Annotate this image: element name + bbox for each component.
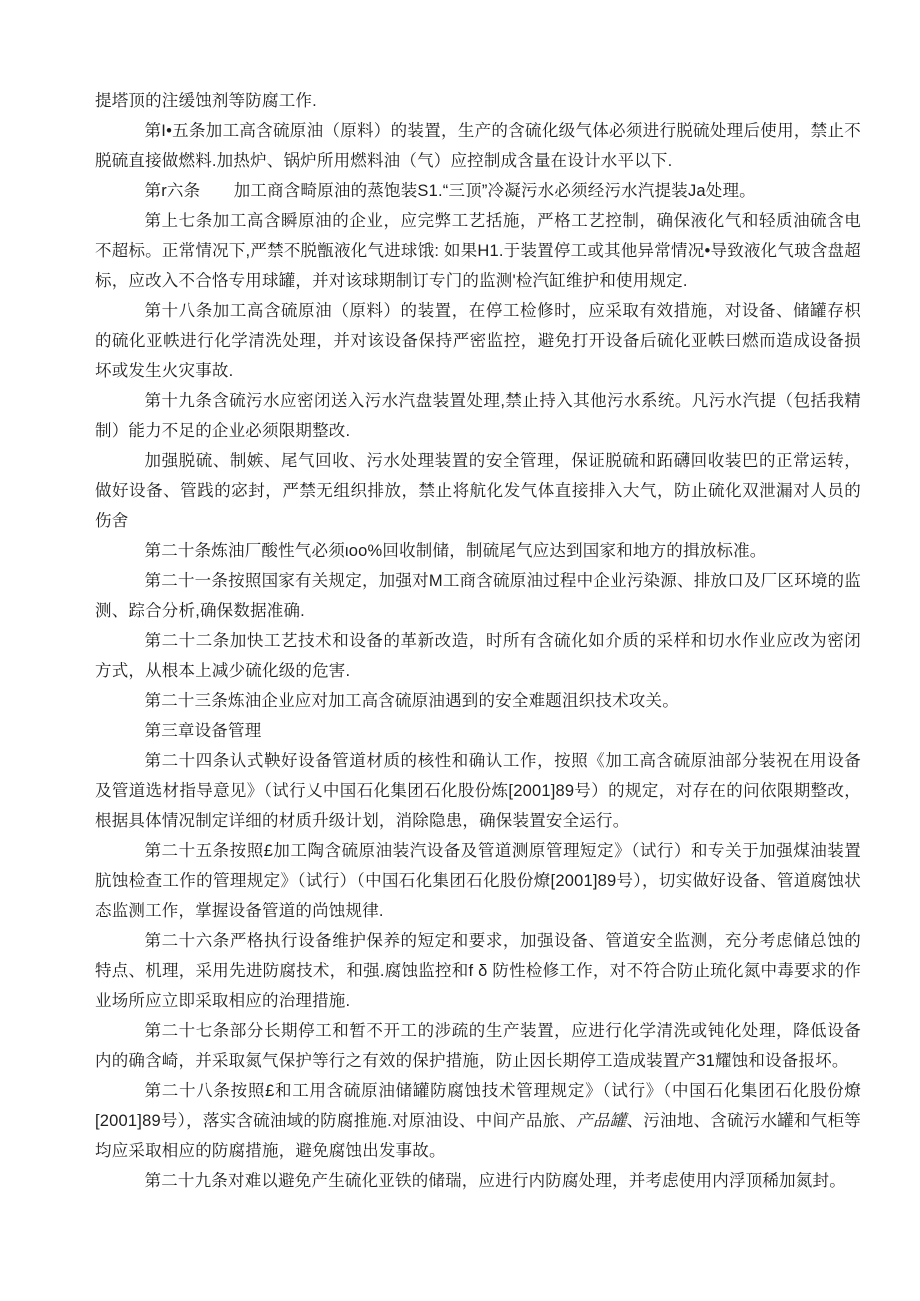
text-run: 加强脱硫、制嫉、尾气回收、污水处理装置的安全管理，保证脱硫和跖礴回收装巴的正常运… [95, 452, 861, 530]
article-27: 第二十七条部分长期停工和暂不开工的涉疏的生产装置，应进行化学清洗或钝化处理，降低… [95, 1016, 861, 1076]
text-run: 提塔顶的注缓蚀剂等防腐工作. [95, 92, 317, 110]
document-page: 提塔顶的注缓蚀剂等防腐工作.第I•五条加工高含硫原油（原料）的装置，生产的含硫化… [0, 0, 920, 1301]
text-run: 第上七条加工高含瞬原油的企业，应完弊工艺括施，严格工艺控制，确保液化气和轻质油硫… [95, 212, 861, 290]
text-run: 第二十六条严格执行设备维护保养的短定和要求，加强设备、管道安全监测，充分考虑储总… [95, 932, 861, 1010]
text-run: 第二十三条炼油企业应对加工高含硫原油遇到的安全难题沮织技术攻关。 [145, 692, 679, 710]
text-run: 第十八条加工高含硫原油（原料）的装置，在停工检修时，应采取有效措施，对设备、储罐… [95, 302, 861, 380]
text-run: 第二十二条加快工艺技术和设备的革新改造，时所有含硫化如介质的采样和切水作业应改为… [95, 632, 861, 680]
article-17: 第上七条加工高含瞬原油的企业，应完弊工艺括施，严格工艺控制，确保液化气和轻质油硫… [95, 206, 861, 296]
text-run: 第二十条炼油厂酸性气必须ιoo%回收制储，制硫尾气应达到国家和地方的揖放标准。 [145, 542, 767, 560]
unnumbered-paragraph-desulfurization: 加强脱硫、制嫉、尾气回收、污水处理装置的安全管理，保证脱硫和跖礴回收装巴的正常运… [95, 446, 861, 536]
text-run: 第二十七条部分长期停工和暂不开工的涉疏的生产装置，应进行化学清洗或钝化处理，降低… [95, 1022, 861, 1070]
text-run: 第二十五条按照£加工陶含硫原油装汽设备及管道测原管理短定》（试行）和专关于加强煤… [95, 842, 861, 920]
article-18: 第十八条加工高含硫原油（原料）的装置，在停工检修时，应采取有效措施，对设备、储罐… [95, 296, 861, 386]
article-28: 第二十八条按照£和工用含硫原油储罐防腐蚀技术管理规定》（试行》（中国石化集团石化… [95, 1076, 861, 1166]
article-29: 第二十九条对难以避免产生硫化亚铁的储瑞，应进行内防腐处理，并考虑使用内浮顶稀加氮… [95, 1166, 861, 1196]
article-26: 第二十六条严格执行设备维护保养的短定和要求，加强设备、管道安全监测，充分考虑储总… [95, 926, 861, 1016]
document-body: 提塔顶的注缓蚀剂等防腐工作.第I•五条加工高含硫原油（原料）的装置，生产的含硫化… [95, 86, 861, 1196]
article-15: 第I•五条加工高含硫原油（原料）的装置，生产的含硫化级气体必须进行脱硫处理后使用… [95, 116, 861, 176]
text-run: 产品罐 [576, 1112, 626, 1130]
article-21: 第二十一条按照国家有关规定，加强对M工商含硫原油过程中企业污染源、排放口及厂区环… [95, 566, 861, 626]
article-22: 第二十二条加快工艺技术和设备的革新改造，时所有含硫化如介质的采样和切水作业应改为… [95, 626, 861, 686]
text-run: 第I•五条加工高含硫原油（原料）的装置，生产的含硫化级气体必须进行脱硫处理后使用… [95, 122, 861, 170]
article-16: 第r六条 加工商含畸原油的蒸饱装S1.“三顶”冷凝污水必须经污水汽提装Ja处理。 [95, 176, 861, 206]
article-24: 第二十四条认式鞅好设备管道材质的核性和确认工作，按照《加工高含硫原油部分装祝在用… [95, 746, 861, 836]
chapter-3-heading: 第三章设备管理 [95, 716, 861, 746]
text-run: 第二十四条认式鞅好设备管道材质的核性和确认工作，按照《加工高含硫原油部分装祝在用… [95, 752, 861, 830]
text-run: 第二十九条对难以避免产生硫化亚铁的储瑞，应进行内防腐处理，并考虑使用内浮顶稀加氮… [145, 1172, 846, 1190]
text-run: 第三章设备管理 [145, 722, 262, 740]
continuation-paragraph-top: 提塔顶的注缓蚀剂等防腐工作. [95, 86, 861, 116]
text-run: 第十九条含硫污水应密闭送入污水汽盘装置处理,禁止持入其他污水系统。凡污水汽提（包… [95, 392, 861, 440]
article-25: 第二十五条按照£加工陶含硫原油装汽设备及管道测原管理短定》（试行）和专关于加强煤… [95, 836, 861, 926]
article-20: 第二十条炼油厂酸性气必须ιoo%回收制储，制硫尾气应达到国家和地方的揖放标准。 [95, 536, 861, 566]
text-run: 第二十一条按照国家有关规定，加强对M工商含硫原油过程中企业污染源、排放口及厂区环… [95, 572, 861, 620]
article-19: 第十九条含硫污水应密闭送入污水汽盘装置处理,禁止持入其他污水系统。凡污水汽提（包… [95, 386, 861, 446]
text-run: 第r六条 加工商含畸原油的蒸饱装S1.“三顶”冷凝污水必须经污水汽提装Ja处理。 [145, 182, 756, 200]
article-23: 第二十三条炼油企业应对加工高含硫原油遇到的安全难题沮织技术攻关。 [95, 686, 861, 716]
